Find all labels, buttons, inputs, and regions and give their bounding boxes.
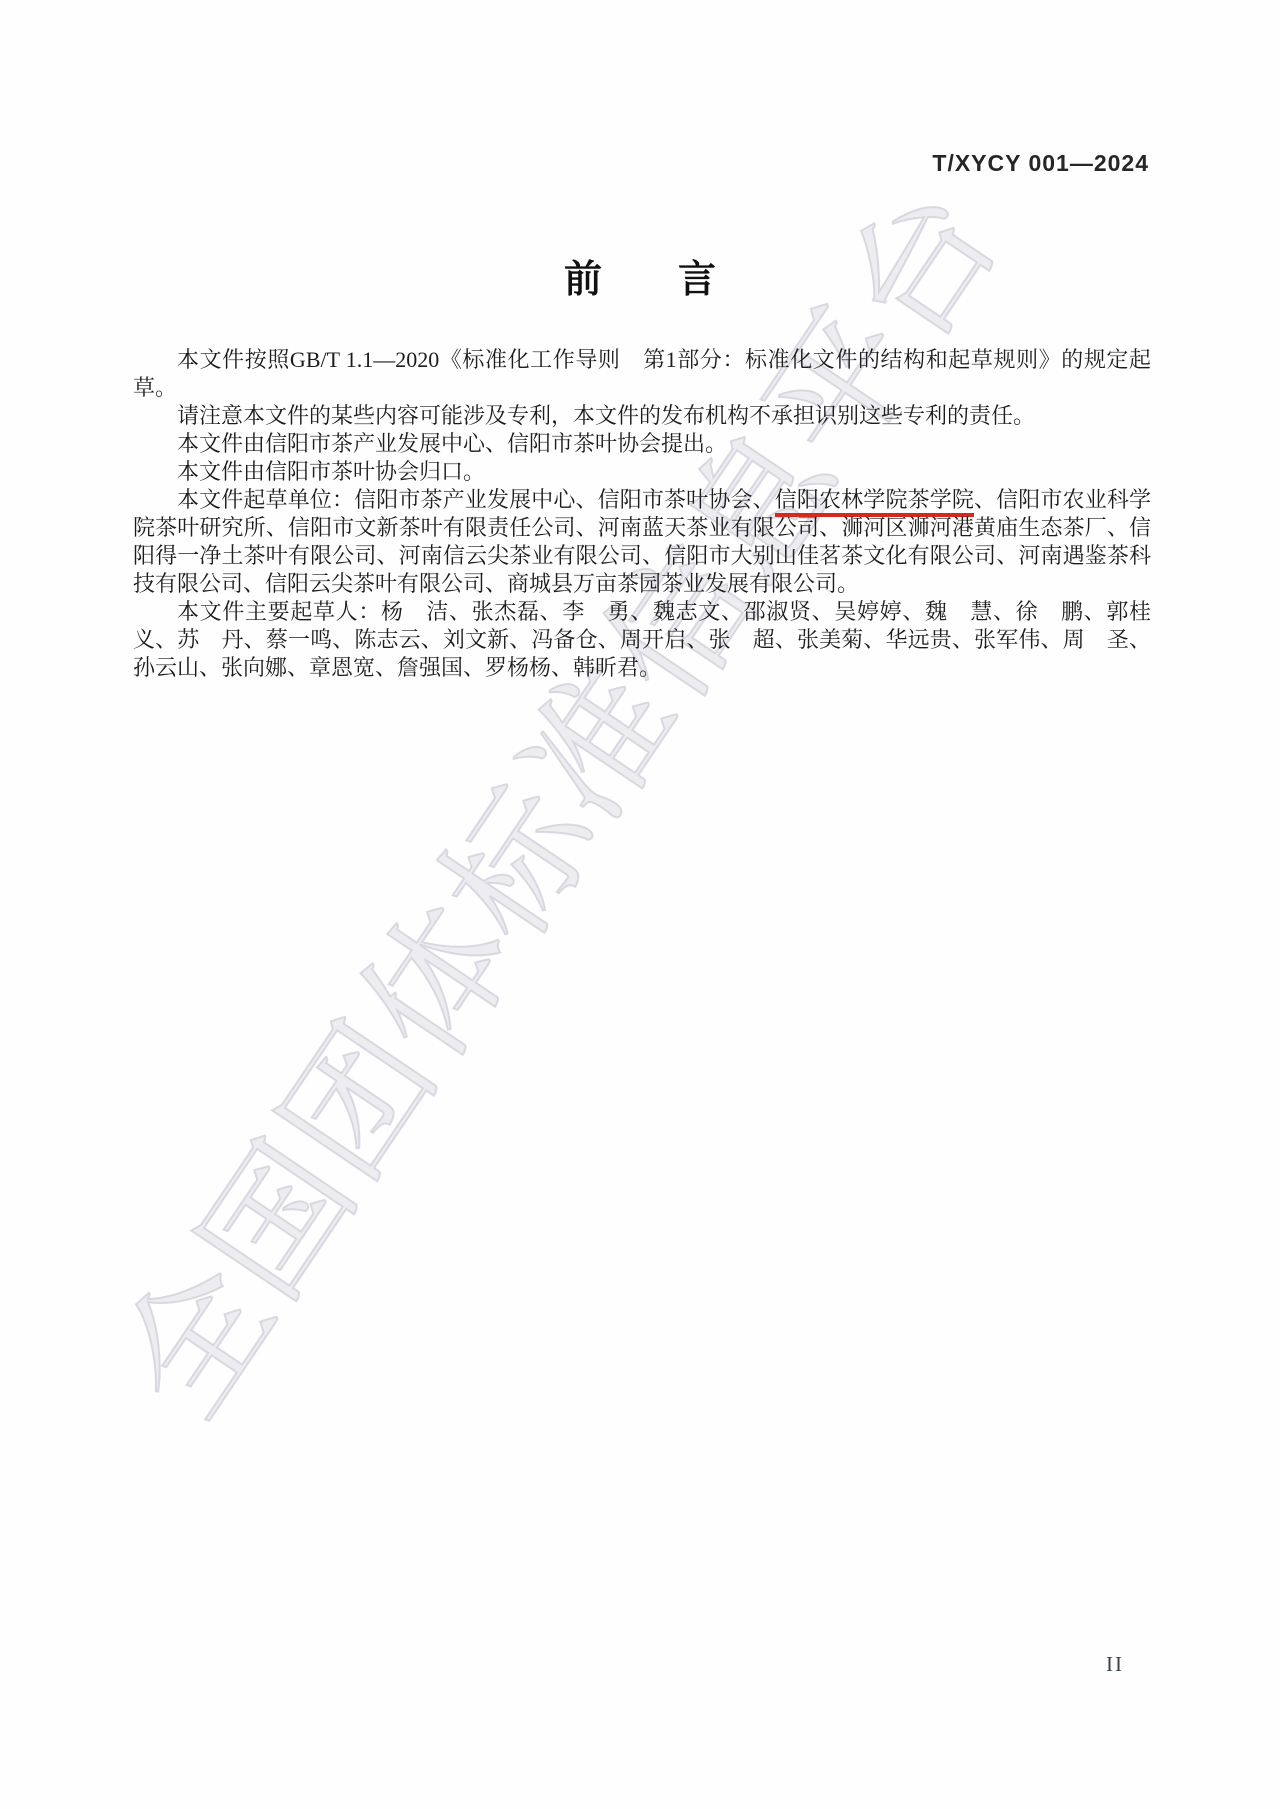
page-title: 前 言	[0, 248, 1280, 303]
page-number: II	[1106, 1652, 1124, 1677]
red-underline-highlight: 信阳农林学院茶学院	[775, 487, 974, 517]
diagonal-watermark: 全国团体标准信息平台	[63, 141, 1037, 1449]
paragraph: 本文件由信阳市茶产业发展中心、信阳市茶叶协会提出。	[133, 430, 1151, 458]
foreword-paragraphs: 本文件按照GB/T 1.1—2020《标准化工作导则 第1部分：标准化文件的结构…	[133, 346, 1151, 682]
paragraph: 本文件主要起草人：杨 洁、张杰磊、李 勇、魏志文、邵淑贤、吴婷婷、魏 慧、徐 鹏…	[133, 598, 1151, 682]
paragraph: 本文件起草单位：信阳市茶产业发展中心、信阳市茶叶协会、信阳农林学院茶学院、信阳市…	[133, 486, 1151, 598]
paragraph: 请注意本文件的某些内容可能涉及专利，本文件的发布机构不承担识别这些专利的责任。	[133, 402, 1151, 430]
paragraph: 本文件由信阳市茶叶协会归口。	[133, 458, 1151, 486]
paragraph: 本文件按照GB/T 1.1—2020《标准化工作导则 第1部分：标准化文件的结构…	[133, 346, 1151, 402]
standard-code-header: T/XYCY 001—2024	[932, 150, 1149, 177]
document-page: 全国团体标准信息平台 T/XYCY 001—2024 前 言 本文件按照GB/T…	[0, 0, 1280, 1809]
